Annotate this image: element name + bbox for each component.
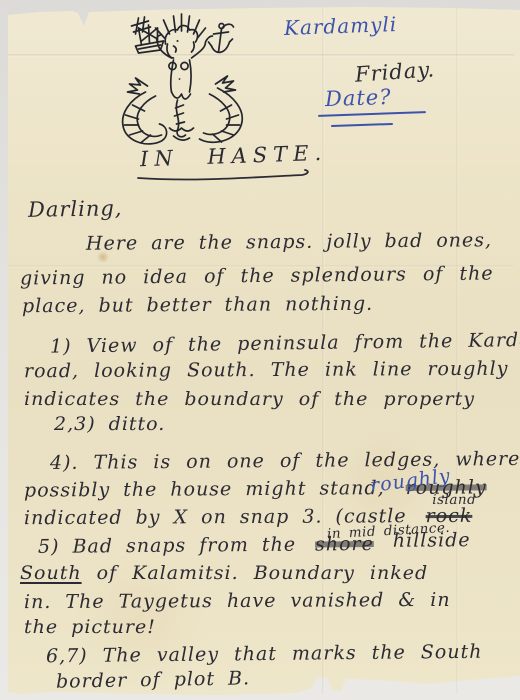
body-line-item5-1: 5) Bad snaps from the shore hillside: [38, 534, 471, 557]
body-line-item5-2: South of Kalamitsi. Boundary inked: [20, 564, 428, 583]
body-line-item1-2: road, looking South. The ink line roughl…: [24, 360, 509, 382]
body-line-item67-2: border of plot B.: [56, 669, 250, 691]
struck-word-shore: shore: [315, 533, 374, 556]
body-line-opening-1: Here are the snaps. jolly bad ones,: [86, 231, 492, 254]
item5-line2-rest-text: of Kalamitsi. Boundary inked: [97, 562, 429, 584]
body-line-item23: 2,3) ditto.: [54, 415, 165, 434]
twin-tailed-mermaid-sketch: [105, 8, 270, 148]
date-query-annotation: Date?: [325, 87, 392, 110]
body-line-item1-3: indicates the boundary of the property: [24, 390, 475, 409]
arm-holding-anchor: [192, 24, 234, 59]
body-line-item5-3: in. The Taygetus have vanished & in: [24, 591, 451, 612]
right-tail: [170, 76, 243, 142]
body-line-opening-3: place, but better than nothing.: [22, 295, 373, 316]
place-annotation: Kardamyli: [284, 14, 398, 38]
salutation-line: Darling,: [28, 198, 123, 221]
photo-background: Kardamyli Friday. Date? IN HASTE. Darlin…: [0, 0, 520, 700]
body-line-item67-1: 6,7) The valley that marks the South: [46, 643, 483, 667]
mermaid-torso: [169, 60, 191, 137]
item5-start-text: 5) Bad snaps from the: [38, 534, 296, 558]
inserted-word-island: island: [432, 494, 476, 508]
day-annotation: Friday.: [354, 59, 435, 86]
body-line-item5-4: the picture!: [24, 618, 156, 637]
underlined-word-south: South: [20, 562, 82, 584]
motto-underline: [136, 170, 314, 184]
item5-end-text: hillside: [393, 531, 471, 551]
body-line-opening-2: giving no idea of the splendours of the: [20, 265, 494, 289]
item4-line2-text: possibly the house might stand,: [24, 477, 385, 502]
body-line-item4-2: possibly the house might stand, roughly …: [24, 478, 487, 500]
left-tail: [123, 78, 167, 144]
